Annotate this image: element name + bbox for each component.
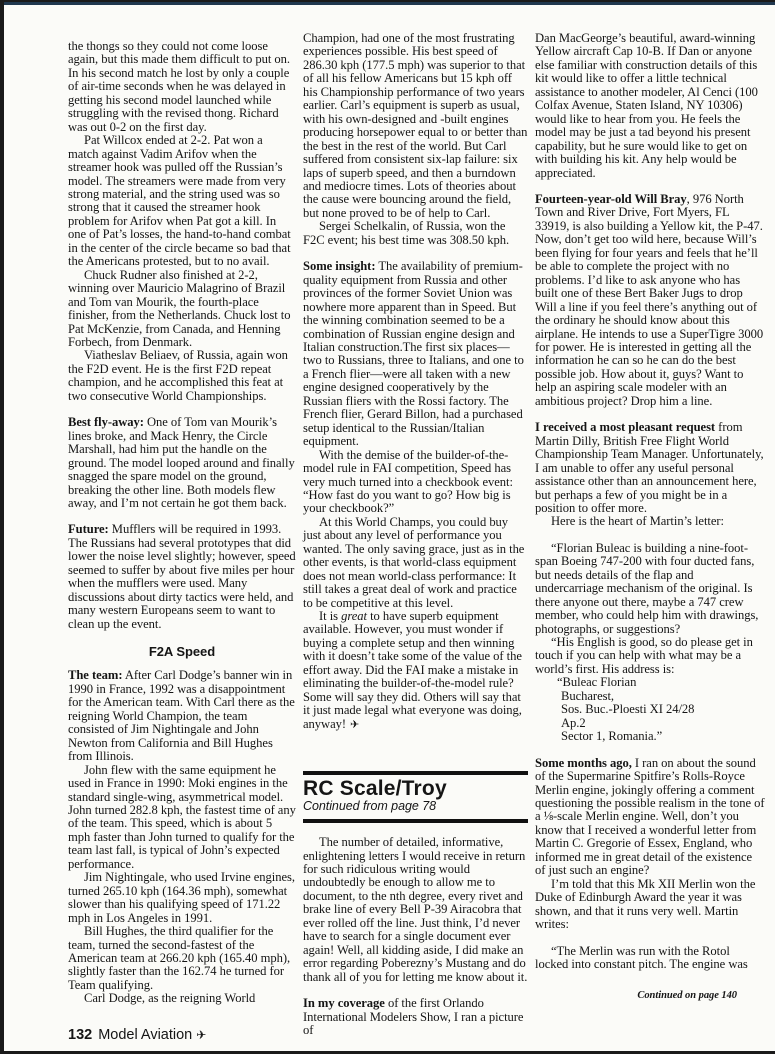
airplane-end-icon: ✈ (350, 719, 359, 731)
paragraph-best-fly-away: Best fly-away: One of Tom van Mourik’s l… (68, 416, 296, 510)
address-line: “Buleac Florian (557, 676, 765, 689)
quote-paragraph: “Florian Buleac is building a nine-foot-… (535, 542, 765, 636)
paragraph-text: The availability of premium-quality equi… (303, 259, 524, 448)
quote-paragraph: “His English is good, so do please get i… (535, 636, 765, 676)
paragraph: With the demise of the builder-of-the-mo… (303, 449, 528, 516)
address-line: Bucharest, (557, 690, 765, 703)
lead-in: Some months ago, (535, 756, 632, 770)
paragraph: Viatheslav Beliaev, of Russia, again won… (68, 349, 296, 403)
airplane-icon: ✈ (196, 1028, 206, 1042)
paragraph-text: Mufflers will be required in 1993. The R… (68, 522, 296, 630)
paragraph: The number of detailed, informative, enl… (303, 836, 528, 984)
paragraph: Champion, had one of the most frustratin… (303, 32, 528, 220)
paragraph: the thongs so they could not come loose … (68, 40, 296, 134)
lead-in: Future: (68, 522, 109, 536)
page-number: 132 (68, 1027, 92, 1043)
divider (303, 819, 528, 823)
paragraph: It is great to have superb equipment ava… (303, 610, 528, 732)
paragraph: At this World Champs, you could buy just… (303, 516, 528, 610)
lead-in: Fourteen-year-old Will Bray (535, 192, 687, 206)
continued-on-link[interactable]: Continued on page 140 (535, 989, 765, 1002)
emphasis: great (341, 609, 367, 623)
column-2: Champion, had one of the most frustratin… (303, 32, 528, 1037)
address-line: Sector 1, Romania.” (557, 730, 765, 743)
magazine-page: the thongs so they could not come loose … (4, 2, 775, 1051)
lead-in: Best fly-away: (68, 415, 144, 429)
paragraph: Here is the heart of Martin’s letter: (535, 515, 765, 528)
address-line: Sos. Buc.-Ploesti XI 24/28 (557, 703, 765, 716)
continued-from-link[interactable]: Continued from page 78 (303, 799, 528, 813)
lead-in: I received a most pleasant request (535, 420, 715, 434)
paragraph-text: One of Tom van Mourik’s lines broke, and… (68, 415, 295, 510)
address-line: Ap.2 (557, 717, 765, 730)
mailing-address: “Buleac Florian Bucharest, Sos. Buc.-Plo… (535, 676, 765, 743)
paragraph-in-my-coverage: In my coverage of the first Orlando Inte… (303, 997, 528, 1037)
paragraph: Chuck Rudner also finished at 2-2, winni… (68, 269, 296, 350)
paragraph-text: I ran on about the sound of the Supermar… (535, 756, 765, 878)
paragraph-pleasant-request: I received a most pleasant request from … (535, 421, 765, 515)
paragraph-the-team: The team: After Carl Dodge’s banner win … (68, 669, 296, 763)
section-heading: F2A Speed (68, 645, 296, 658)
rc-scale-header: RC Scale/Troy Continued from page 78 (303, 771, 528, 823)
page-folio: 132Model Aviation✈ (68, 1027, 206, 1043)
paragraph: John flew with the same equipment he use… (68, 764, 296, 872)
paragraph: Bill Hughes, the third qualifier for the… (68, 925, 296, 992)
paragraph: Carl Dodge, as the reigning World (68, 992, 296, 1005)
lead-in: Some insight: (303, 259, 375, 273)
paragraph: I’m told that this Mk XII Merlin won the… (535, 878, 765, 932)
paragraph-text: After Carl Dodge’s banner win in 1990 in… (68, 668, 295, 763)
paragraph: Dan MacGeorge’s beautiful, award-winning… (535, 32, 765, 180)
paragraph-text: from Martin Dilly, British Free Flight W… (535, 420, 764, 515)
column-title: RC Scale/Troy (303, 779, 528, 799)
paragraph-some-insight: Some insight: The availability of premiu… (303, 260, 528, 448)
paragraph-will-bray: Fourteen-year-old Will Bray, 976 North T… (535, 193, 765, 408)
lead-in: The team: (68, 668, 122, 682)
lead-in: In my coverage (303, 996, 385, 1010)
column-3: Dan MacGeorge’s beautiful, award-winning… (535, 32, 765, 1003)
paragraph: Jim Nightingale, who used Irvine engines… (68, 871, 296, 925)
paragraph-text: to have superb equipment available. Howe… (303, 609, 522, 731)
divider (303, 771, 528, 775)
paragraph: Pat Willcox ended at 2-2. Pat won a matc… (68, 134, 296, 269)
quote-paragraph: “The Merlin was run with the Rotol locke… (535, 945, 765, 972)
publication-name: Model Aviation (98, 1027, 192, 1043)
paragraph-some-months-ago: Some months ago, I ran on about the soun… (535, 757, 765, 878)
paragraph-text: , 976 North Town and River Drive, Fort M… (535, 192, 763, 408)
column-1: the thongs so they could not come loose … (68, 40, 296, 1006)
paragraph-future: Future: Mufflers will be required in 199… (68, 523, 296, 631)
paragraph-text: It is (319, 609, 341, 623)
paragraph: Sergei Schelkalin, of Russia, won the F2… (303, 220, 528, 247)
